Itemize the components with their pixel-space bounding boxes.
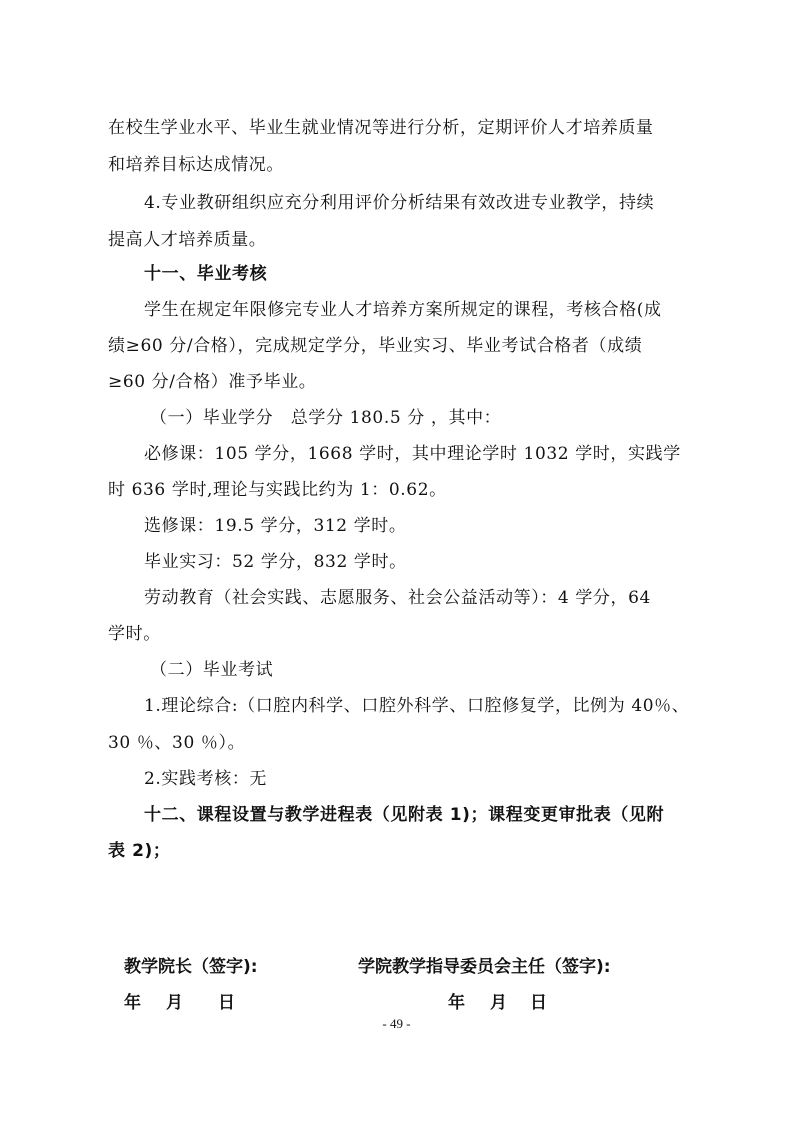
paragraph-line: 劳动教育（社会实践、志愿服务、社会公益活动等）：4 学分，64 bbox=[144, 588, 736, 608]
paragraph-line: 和培养目标达成情况。 bbox=[108, 155, 700, 175]
paragraph-line: 2.实践考核：无 bbox=[144, 769, 736, 789]
paragraph-line: 选修课：19.5 学分，312 学时。 bbox=[144, 516, 736, 536]
date-right-year: 年 bbox=[448, 988, 465, 1013]
paragraph-line: 绩≥60 分/合格），完成规定学分，毕业实习、毕业考试合格者（成绩 bbox=[108, 336, 700, 356]
date-left-year: 年 bbox=[124, 988, 141, 1013]
paragraph-line: 在校生学业水平、毕业生就业情况等进行分析，定期评价人才培养质量 bbox=[108, 118, 700, 138]
date-left-day: 日 bbox=[218, 988, 235, 1013]
date-left-month: 月 bbox=[166, 988, 183, 1013]
paragraph-line: 学时。 bbox=[108, 624, 700, 644]
paragraph-line: 1.理论综合:（口腔内科学、口腔外科学、口腔修复学，比例为 40％、 bbox=[144, 696, 736, 716]
subheading-credits: （一）毕业学分 总学分 180.5 分 ，其中： bbox=[150, 408, 742, 428]
signature-right-label: 学院教学指导委员会主任（签字): bbox=[358, 952, 611, 977]
section-heading-12: 十二、课程设置与教学进程表（见附表 1)；课程变更审批表（见附 bbox=[144, 805, 736, 825]
paragraph-line: 30 ％、30 ％）。 bbox=[108, 733, 700, 753]
paragraph-line: 4.专业教研组织应充分利用评价分析结果有效改进专业教学，持续 bbox=[144, 193, 736, 213]
paragraph-line: 必修课：105 学分，1668 学时，其中理论学时 1032 学时，实践学 bbox=[144, 444, 736, 464]
paragraph-line: 毕业实习：52 学分，832 学时。 bbox=[144, 552, 736, 572]
paragraph-line: 提高人才培养质量。 bbox=[108, 230, 700, 250]
paragraph-line: 学生在规定年限修完专业人才培养方案所规定的课程，考核合格(成 bbox=[144, 300, 736, 320]
paragraph-line: 时 636 学时,理论与实践比约为 1：0.62。 bbox=[108, 480, 700, 500]
date-right-day: 日 bbox=[530, 988, 547, 1013]
date-right-month: 月 bbox=[490, 988, 507, 1013]
document-page: 在校生学业水平、毕业生就业情况等进行分析，定期评价人才培养质量 和培养目标达成情… bbox=[0, 0, 793, 1122]
subheading-exam: （二）毕业考试 bbox=[150, 660, 742, 680]
page-number: - 49 - bbox=[0, 1016, 793, 1032]
signature-left-label: 教学院长（签字): bbox=[124, 952, 258, 977]
paragraph-line: ≥60 分/合格）准予毕业。 bbox=[108, 372, 700, 392]
section-heading-12-cont: 表 2)； bbox=[108, 841, 700, 861]
section-heading-11: 十一、毕业考核 bbox=[144, 264, 736, 284]
